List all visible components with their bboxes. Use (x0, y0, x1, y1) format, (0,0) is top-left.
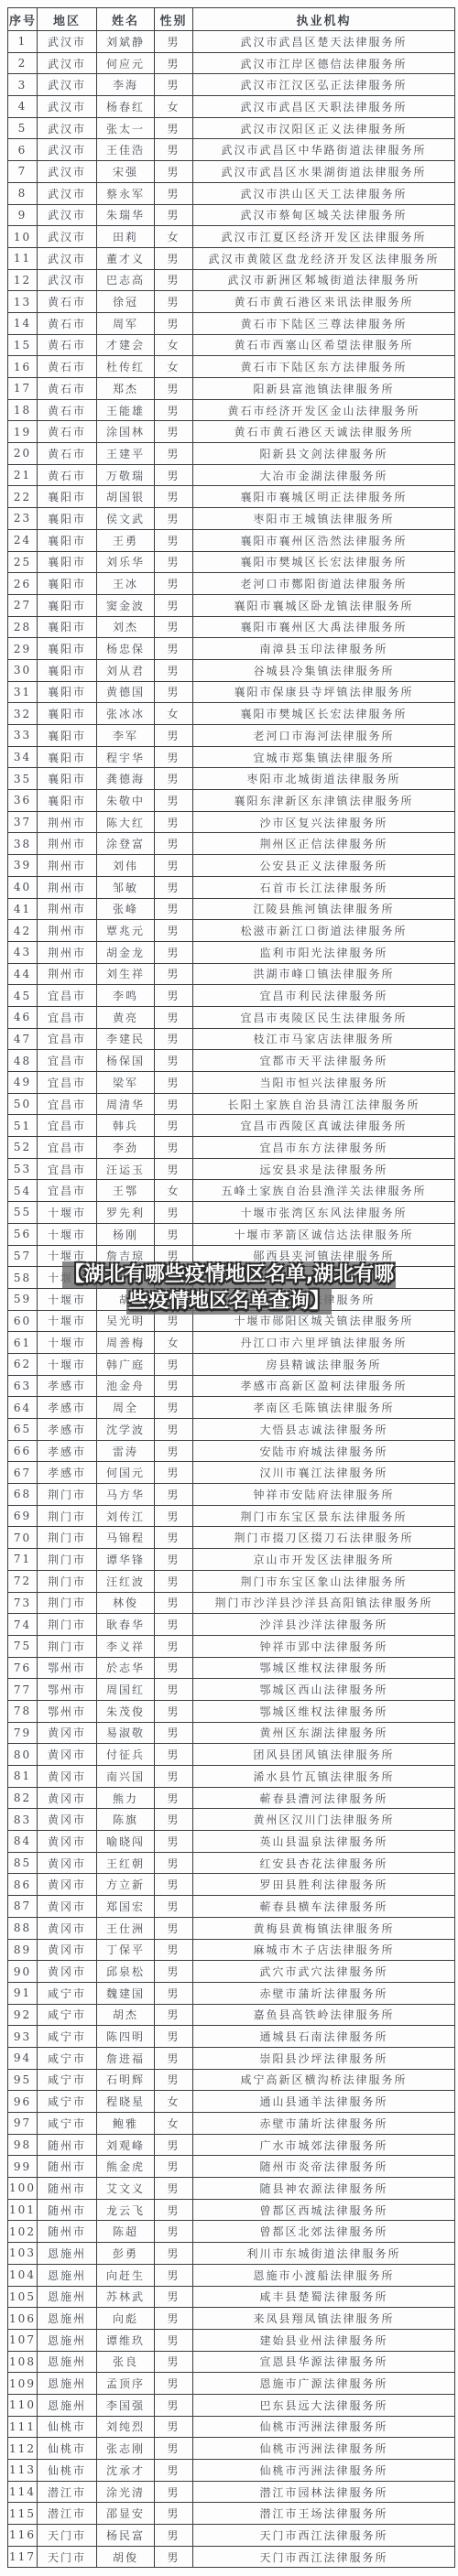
cell-serial-number: 43 (8, 941, 38, 963)
cell-region: 宜昌市 (38, 1137, 97, 1159)
table-row: 13 黄石市 徐冠 男 黄石市黄石港区来讯法律服务所 (8, 291, 455, 313)
table-row: 102 随州市 陈超 男 曾都区北郊法律服务所 (8, 2221, 455, 2243)
cell-organization: 沙市区复兴法律服务所 (193, 811, 455, 833)
cell-serial-number: 18 (8, 399, 38, 421)
screenshot-page: 序号 地区 姓名 性别 执业机构 1 武汉市 刘斌静 男 武汉市武昌区楚天法律服… (0, 0, 458, 2576)
cell-organization: 黄石市经济开发区金山法律服务所 (193, 399, 455, 421)
cell-name: 胡金龙 (97, 941, 155, 963)
cell-region: 襄阳市 (38, 725, 97, 747)
table-row: 81 黄冈市 南兴国 男 浠水县竹瓦镇法律服务所 (8, 1766, 455, 1788)
cell-region: 黄石市 (38, 421, 97, 443)
cell-region: 恩施州 (38, 2394, 97, 2416)
cell-name: 张冰冰 (97, 703, 155, 725)
cell-organization: 武穴市武穴法律服务所 (193, 1961, 455, 1983)
cell-region: 黄冈市 (38, 1874, 97, 1896)
cell-gender (155, 1267, 193, 1289)
cell-name: 沈学波 (97, 1419, 155, 1441)
cell-name: 蔡永军 (97, 182, 155, 204)
cell-serial-number: 6 (8, 139, 38, 161)
cell-organization: 荆州区正信法律服务所 (193, 833, 455, 855)
table-row: 47 宜昌市 李建民 男 枝江市马家店法律服务所 (8, 1028, 455, 1050)
cell-serial-number: 68 (8, 1484, 38, 1506)
cell-name: 南兴国 (97, 1766, 155, 1788)
cell-serial-number: 85 (8, 1852, 38, 1874)
cell-name: 向赶生 (97, 2264, 155, 2286)
table-row: 97 咸宁市 鲍雅 女 赤壁市蒲圻法律服务所 (8, 2113, 455, 2135)
cell-region: 荆门市 (38, 1505, 97, 1527)
cell-region: 恩施州 (38, 2264, 97, 2286)
cell-name: 胡国银 (97, 486, 155, 508)
cell-name: 杨忠保 (97, 638, 155, 660)
cell-name: 陈四明 (97, 2026, 155, 2048)
cell-gender: 男 (155, 768, 193, 790)
table-row: 110 恩施州 李国强 男 巴东县远大法律服务所 (8, 2394, 455, 2416)
cell-region: 宜昌市 (38, 985, 97, 1007)
cell-name: 李海 (97, 74, 155, 96)
cell-name: 陈旗 (97, 1809, 155, 1831)
table-header: 序号 地区 姓名 性别 执业机构 (8, 8, 455, 31)
cell-organization: 黄州区汉川门法律服务所 (193, 1809, 455, 1831)
cell-organization: 监利市阳光法律服务所 (193, 941, 455, 963)
cell-region: 荆州市 (38, 833, 97, 855)
table-row: 19 黄石市 涂国林 男 黄石市黄石港区天诚法律服务所 (8, 421, 455, 443)
cell-gender: 男 (155, 291, 193, 313)
cell-region: 随州市 (38, 2178, 97, 2200)
cell-region: 随州市 (38, 2156, 97, 2178)
cell-organization: 开发区法律服务所 (193, 1288, 455, 1310)
table-row: 31 襄阳市 黄德国 男 襄阳市保康县寺坪镇法律服务所 (8, 681, 455, 703)
cell-gender: 男 (155, 1223, 193, 1245)
cell-serial-number: 62 (8, 1353, 38, 1375)
cell-serial-number: 5 (8, 117, 38, 139)
table-row: 88 黄冈市 王仕洲 男 黄梅县黄梅镇法律服务所 (8, 1917, 455, 1939)
cell-serial-number: 39 (8, 855, 38, 877)
cell-gender: 男 (155, 2004, 193, 2026)
table-row: 106 恩施州 向彪 男 来凤县翔凤镇法律服务所 (8, 2308, 455, 2330)
cell-organization: 洪湖市峰口镇法律服务所 (193, 963, 455, 985)
cell-region: 荆门市 (38, 1635, 97, 1657)
cell-name: 刘乐华 (97, 551, 155, 573)
cell-serial-number: 44 (8, 963, 38, 985)
cell-gender: 男 (155, 1202, 193, 1224)
cell-gender: 男 (155, 876, 193, 898)
cell-gender: 男 (155, 746, 193, 768)
cell-region: 黄冈市 (38, 1744, 97, 1766)
cell-organization: 广水市城郊法律服务所 (193, 2134, 455, 2156)
cell-name: 苏林武 (97, 2286, 155, 2308)
cell-organization: 钟祥市郢中法律服务所 (193, 1635, 455, 1657)
cell-region: 武汉市 (38, 74, 97, 96)
cell-organization: 天门市西江法律服务所 (193, 2525, 455, 2547)
cell-serial-number: 102 (8, 2221, 38, 2243)
table-row: 78 鄂州市 朱茂俊 男 鄂城区维权法律服务所 (8, 1700, 455, 1722)
table-row: 63 孝感市 池金舟 男 孝感市高新区盈柯法律服务所 (8, 1375, 455, 1397)
table-row: 16 黄石市 杜传红 女 黄石市下陆区东方法律服务所 (8, 356, 455, 378)
cell-serial-number: 15 (8, 334, 38, 356)
cell-gender: 男 (155, 312, 193, 334)
cell-region: 襄阳市 (38, 486, 97, 508)
cell-gender: 男 (155, 421, 193, 443)
table-row: 104 恩施州 向赶生 男 恩施市小渡船法律服务所 (8, 2264, 455, 2286)
cell-organization: 宜昌市夷陵区民生法律服务所 (193, 1006, 455, 1028)
cell-region: 潜江市 (38, 2481, 97, 2503)
cell-region: 天门市 (38, 2525, 97, 2547)
cell-region: 黄冈市 (38, 1939, 97, 1961)
table-row: 52 宜昌市 李劲 男 宜昌市东方法律服务所 (8, 1137, 455, 1159)
cell-name: 朱瑞华 (97, 204, 155, 226)
cell-gender: 男 (155, 1375, 193, 1397)
cell-name: 刘生祥 (97, 963, 155, 985)
cell-region: 恩施州 (38, 2286, 97, 2308)
cell-gender: 男 (155, 2264, 193, 2286)
cell-gender: 男 (155, 638, 193, 660)
cell-name: 向彪 (97, 2308, 155, 2330)
table-row: 20 黄石市 王建平 男 阳新县文剑法律服务所 (8, 443, 455, 465)
cell-name: 王冰 (97, 573, 155, 595)
cell-organization: 武汉市江汉区弘正法律服务所 (193, 74, 455, 96)
cell-organization: 崇阳县沙坪法律服务所 (193, 2047, 455, 2069)
cell-name: 李鸣 (97, 985, 155, 1007)
cell-gender: 男 (155, 508, 193, 530)
cell-region: 十堰市 (38, 1332, 97, 1354)
cell-gender: 男 (155, 1115, 193, 1137)
cell-organization: 鄂城区西山法律服务所 (193, 1679, 455, 1701)
table-row: 41 荆州市 张峰 男 江陵县熊河镇法律服务所 (8, 898, 455, 920)
cell-serial-number: 29 (8, 638, 38, 660)
table-row: 76 鄂州市 於志华 男 鄂城区维权法律服务所 (8, 1657, 455, 1679)
cell-organization: 钟祥市安陆府法律服务所 (193, 1484, 455, 1506)
cell-region: 随州市 (38, 2134, 97, 2156)
cell-region: 宜昌市 (38, 1028, 97, 1050)
table-row: 59 十堰市 胡 开发区法律服务所 (8, 1288, 455, 1310)
cell-serial-number: 78 (8, 1700, 38, 1722)
cell-gender: 男 (155, 920, 193, 942)
table-row: 60 十堰市 吴光明 男 十堰市郧阳区城关镇法律服务所 (8, 1310, 455, 1332)
cell-name: 杨保国 (97, 1050, 155, 1072)
cell-serial-number: 79 (8, 1722, 38, 1744)
cell-organization: 武汉市蔡甸区城关法律服务所 (193, 204, 455, 226)
cell-gender: 男 (155, 963, 193, 985)
cell-serial-number: 115 (8, 2503, 38, 2525)
cell-region: 恩施州 (38, 2329, 97, 2351)
cell-name: 杨刚 (97, 1223, 155, 1245)
cell-gender: 男 (155, 1744, 193, 1766)
table-row: 82 黄冈市 熊力 男 蕲春县漕河法律服务所 (8, 1787, 455, 1809)
cell-serial-number: 111 (8, 2416, 38, 2438)
cell-name: 艾文义 (97, 2178, 155, 2200)
cell-region: 荆州市 (38, 855, 97, 877)
table-row: 109 恩施州 孟顶序 男 恩施市广源法律服务所 (8, 2373, 455, 2395)
cell-serial-number: 61 (8, 1332, 38, 1354)
table-row: 37 荆州市 陈大红 男 沙市区复兴法律服务所 (8, 811, 455, 833)
cell-name: 林俊 (97, 1592, 155, 1614)
cell-name: 董才义 (97, 247, 155, 269)
cell-gender: 男 (155, 161, 193, 183)
table-row: 103 恩施州 彭勇 男 利川市东城街道法律服务所 (8, 2243, 455, 2265)
table-row: 84 黄冈市 喻晓闯 男 英山县温泉法律服务所 (8, 1831, 455, 1853)
cell-serial-number: 58 (8, 1267, 38, 1289)
cell-gender: 男 (155, 811, 193, 833)
cell-name (97, 1267, 155, 1289)
cell-serial-number: 87 (8, 1896, 38, 1918)
cell-gender: 男 (155, 2156, 193, 2178)
table-row: 62 十堰市 韩广庭 男 房县精诚法律服务所 (8, 1353, 455, 1375)
cell-name: 王仕洲 (97, 1917, 155, 1939)
cell-organization: 鄂城区维权法律服务所 (193, 1700, 455, 1722)
cell-name: 程晓星 (97, 2091, 155, 2113)
cell-organization: 阳新县富池镇法律服务所 (193, 378, 455, 400)
table-row: 107 恩施州 谭维玖 男 建始县业州法律服务所 (8, 2329, 455, 2351)
cell-serial-number: 8 (8, 182, 38, 204)
cell-organization: 黄州区东湖法律服务所 (193, 1722, 455, 1744)
table-row: 113 仙桃市 沈承才 男 仙桃市沔洲法律服务所 (8, 2460, 455, 2482)
table-row: 10 武汉市 田莉 女 武汉市江夏区经济开发区法律服务所 (8, 226, 455, 248)
cell-serial-number: 75 (8, 1635, 38, 1657)
table-row: 100 随州市 艾文义 男 随县神农源法律服务所 (8, 2178, 455, 2200)
cell-serial-number: 82 (8, 1787, 38, 1809)
table-row: 74 荆门市 耿春华 男 沙洋县沙洋法律服务所 (8, 1614, 455, 1636)
cell-serial-number: 83 (8, 1809, 38, 1831)
cell-region: 襄阳市 (38, 616, 97, 638)
cell-region: 孝感市 (38, 1397, 97, 1419)
cell-region: 武汉市 (38, 182, 97, 204)
cell-serial-number: 91 (8, 1982, 38, 2004)
table-row: 22 襄阳市 胡国银 男 襄阳市襄城区明正法律服务所 (8, 486, 455, 508)
cell-gender: 男 (155, 1158, 193, 1180)
cell-name: 杨民富 (97, 2525, 155, 2547)
cell-region: 恩施州 (38, 2243, 97, 2265)
header-cell-region: 地区 (38, 8, 97, 31)
cell-serial-number: 105 (8, 2286, 38, 2308)
cell-gender: 男 (155, 594, 193, 616)
cell-serial-number: 37 (8, 811, 38, 833)
cell-gender: 男 (155, 1050, 193, 1072)
cell-organization: 五峰土家族自治县渔洋关法律服务所 (193, 1180, 455, 1202)
table-row: 8 武汉市 蔡永军 男 武汉市洪山区天工法律服务所 (8, 182, 455, 204)
lawyer-roster-table: 序号 地区 姓名 性别 执业机构 1 武汉市 刘斌静 男 武汉市武昌区楚天法律服… (7, 7, 455, 2568)
cell-serial-number: 70 (8, 1527, 38, 1549)
cell-organization: 大冶市金湖法律服务所 (193, 464, 455, 486)
cell-name: 何国元 (97, 1462, 155, 1484)
table-row: 66 孝感市 雷涛 男 安陆市府城法律服务所 (8, 1440, 455, 1462)
cell-name: 詹吉琼 (97, 1245, 155, 1267)
cell-organization: 来凤县翔凤镇法律服务所 (193, 2308, 455, 2330)
cell-name: 王能雄 (97, 399, 155, 421)
table-row: 35 襄阳市 龚德海 男 枣阳市北城街道法律服务所 (8, 768, 455, 790)
cell-organization: 潜江市园林法律服务所 (193, 2481, 455, 2503)
cell-organization: 潜江市王场法律服务所 (193, 2503, 455, 2525)
cell-serial-number: 84 (8, 1831, 38, 1853)
cell-organization: 老河口市酂阳街道法律服务所 (193, 573, 455, 595)
cell-serial-number: 35 (8, 768, 38, 790)
cell-name: 覃兆元 (97, 920, 155, 942)
cell-region: 十堰市 (38, 1245, 97, 1267)
cell-serial-number: 13 (8, 291, 38, 313)
header-cell-no: 序号 (8, 8, 38, 31)
cell-gender: 男 (155, 1137, 193, 1159)
cell-serial-number: 86 (8, 1874, 38, 1896)
cell-name: 刘杰 (97, 616, 155, 638)
cell-gender: 男 (155, 2481, 193, 2503)
cell-organization: 襄阳市襄城区明正法律服务所 (193, 486, 455, 508)
cell-region: 黄冈市 (38, 1722, 97, 1744)
cell-region: 宜昌市 (38, 1006, 97, 1028)
table-row: 83 黄冈市 陈旗 男 黄州区汉川门法律服务所 (8, 1809, 455, 1831)
cell-organization: 石首市长江法律服务所 (193, 876, 455, 898)
cell-serial-number: 49 (8, 1072, 38, 1094)
cell-region: 武汉市 (38, 117, 97, 139)
cell-name: 涂登富 (97, 833, 155, 855)
cell-organization: 仙桃市沔洲法律服务所 (193, 2416, 455, 2438)
cell-organization: 嘉鱼县高铁岭法律服务所 (193, 2004, 455, 2026)
cell-organization: 枝江市马家店法律服务所 (193, 1028, 455, 1050)
table-row: 55 十堰市 罗先利 男 十堰市张湾区东风法律服务所 (8, 1202, 455, 1224)
table-row: 7 武汉市 宋强 男 武汉市武昌区水果湖街道法律服务所 (8, 161, 455, 183)
cell-name: 郑杰 (97, 378, 155, 400)
cell-region: 襄阳市 (38, 529, 97, 551)
cell-gender: 男 (155, 1635, 193, 1657)
cell-serial-number: 57 (8, 1245, 38, 1267)
cell-organization: 丹江口市六里坪镇法律服务所 (193, 1332, 455, 1354)
cell-serial-number: 90 (8, 1961, 38, 1983)
cell-region: 武汉市 (38, 139, 97, 161)
cell-serial-number: 112 (8, 2438, 38, 2460)
table-row: 79 黄冈市 易淑敬 男 黄州区东湖法律服务所 (8, 1722, 455, 1744)
table-row: 101 随州市 龙云飞 男 曾都区西城法律服务所 (8, 2199, 455, 2221)
cell-gender: 男 (155, 1245, 193, 1267)
cell-serial-number: 34 (8, 746, 38, 768)
cell-name: 窦金波 (97, 594, 155, 616)
table-row: 44 荆州市 刘生祥 男 洪湖市峰口镇法律服务所 (8, 963, 455, 985)
cell-gender: 男 (155, 985, 193, 1007)
cell-region: 黄冈市 (38, 1787, 97, 1809)
cell-name: 邵显安 (97, 2503, 155, 2525)
table-row: 87 黄冈市 郑国宏 男 蕲春县横车法律服务所 (8, 1896, 455, 1918)
table-row: 92 咸宁市 胡杰 男 嘉鱼县高铁岭法律服务所 (8, 2004, 455, 2026)
cell-gender: 男 (155, 1419, 193, 1441)
cell-organization: 武汉市新洲区邾城街道法律服务所 (193, 269, 455, 291)
table-row: 105 恩施州 苏林武 男 咸丰县楚蜀法律服务所 (8, 2286, 455, 2308)
table-row: 24 襄阳市 王勇 男 襄阳市襄州区浩然法律服务所 (8, 529, 455, 551)
cell-organization: 襄阳东津新区东津镇法律服务所 (193, 790, 455, 812)
cell-region: 武汉市 (38, 31, 97, 53)
cell-region: 黄石市 (38, 378, 97, 400)
cell-region: 十堰市 (38, 1310, 97, 1332)
cell-organization: 十堰市郧阳区城关镇法律服务所 (193, 1310, 455, 1332)
cell-name: 才建会 (97, 334, 155, 356)
cell-organization: 宜昌市利民法律服务所 (193, 985, 455, 1007)
cell-gender: 男 (155, 1874, 193, 1896)
cell-name: 韩广庭 (97, 1353, 155, 1375)
cell-region: 襄阳市 (38, 703, 97, 725)
cell-organization: 宜昌市东方法律服务所 (193, 1137, 455, 1159)
cell-serial-number: 23 (8, 508, 38, 530)
cell-region: 宜昌市 (38, 1050, 97, 1072)
cell-region: 鄂州市 (38, 1679, 97, 1701)
cell-organization: 武汉市武昌区水果湖街道法律服务所 (193, 161, 455, 183)
table-row: 28 襄阳市 刘杰 男 襄阳市襄州区大禹法律服务所 (8, 616, 455, 638)
cell-name: 谭维玖 (97, 2329, 155, 2351)
cell-serial-number: 65 (8, 1419, 38, 1441)
cell-gender: 男 (155, 1982, 193, 2004)
cell-gender: 男 (155, 2134, 193, 2156)
cell-organization: 武汉市武昌区天职法律服务所 (193, 96, 455, 118)
cell-serial-number: 33 (8, 725, 38, 747)
cell-organization: 红安县杏花法律服务所 (193, 1852, 455, 1874)
cell-region: 黄冈市 (38, 1917, 97, 1939)
table-row: 114 潜江市 涂光清 男 潜江市园林法律服务所 (8, 2481, 455, 2503)
cell-serial-number: 42 (8, 920, 38, 942)
cell-name: 李军 (97, 725, 155, 747)
table-row: 26 襄阳市 王冰 男 老河口市酂阳街道法律服务所 (8, 573, 455, 595)
cell-serial-number: 40 (8, 876, 38, 898)
cell-serial-number: 96 (8, 2091, 38, 2113)
cell-gender: 男 (155, 269, 193, 291)
cell-serial-number: 32 (8, 703, 38, 725)
cell-name: 谭华锋 (97, 1549, 155, 1571)
table-row: 27 襄阳市 窦金波 男 襄阳市襄城区卧龙镇法律服务所 (8, 594, 455, 616)
table-row: 91 咸宁市 魏建国 男 赤壁市蒲圻法律服务所 (8, 1982, 455, 2004)
cell-serial-number: 38 (8, 833, 38, 855)
cell-name: 朱茂俊 (97, 1700, 155, 1722)
cell-gender: 男 (155, 2308, 193, 2330)
cell-serial-number: 11 (8, 247, 38, 269)
cell-organization: 襄阳市襄城区卧龙镇法律服务所 (193, 594, 455, 616)
cell-name: 杜传红 (97, 356, 155, 378)
cell-region: 荆州市 (38, 920, 97, 942)
cell-organization: 咸丰县楚蜀法律服务所 (193, 2286, 455, 2308)
cell-organization: 黄石市下陆区三尊法律服务所 (193, 312, 455, 334)
cell-region: 恩施州 (38, 2308, 97, 2330)
cell-gender: 男 (155, 1852, 193, 1874)
cell-region: 黄石市 (38, 356, 97, 378)
cell-serial-number: 17 (8, 378, 38, 400)
table-row: 54 宜昌市 王鄂 女 五峰土家族自治县渔洋关法律服务所 (8, 1180, 455, 1202)
cell-region: 孝感市 (38, 1440, 97, 1462)
cell-serial-number: 100 (8, 2178, 38, 2200)
cell-gender: 男 (155, 1028, 193, 1050)
cell-serial-number: 14 (8, 312, 38, 334)
cell-region: 潜江市 (38, 2503, 97, 2525)
cell-organization: 宜城市郑集镇法律服务所 (193, 746, 455, 768)
cell-gender: 男 (155, 1505, 193, 1527)
cell-name: 周全 (97, 1397, 155, 1419)
table-row: 112 仙桃市 张志刚 男 仙桃市沔洲法律服务所 (8, 2438, 455, 2460)
cell-region: 武汉市 (38, 269, 97, 291)
cell-gender: 女 (155, 356, 193, 378)
cell-region: 荆门市 (38, 1484, 97, 1506)
cell-organization: 黄石市西塞山区希望法律服务所 (193, 334, 455, 356)
cell-region: 咸宁市 (38, 2047, 97, 2069)
cell-organization: 咸宁高新区横沟桥法律服务所 (193, 2069, 455, 2091)
cell-gender: 男 (155, 378, 193, 400)
cell-name: 杨春红 (97, 96, 155, 118)
cell-serial-number: 24 (8, 529, 38, 551)
cell-organization: 天门市西江法律服务所 (193, 2546, 455, 2568)
table-row: 38 荆州市 涂登富 男 荆州区正信法律服务所 (8, 833, 455, 855)
cell-region: 宜昌市 (38, 1093, 97, 1115)
cell-gender: 男 (155, 1766, 193, 1788)
table-row: 111 仙桃市 刘纯烈 男 仙桃市沔洲法律服务所 (8, 2416, 455, 2438)
cell-organization: 武汉市武昌区中华路街道法律服务所 (193, 139, 455, 161)
cell-region: 孝感市 (38, 1375, 97, 1397)
cell-name: 龚德海 (97, 768, 155, 790)
cell-region: 襄阳市 (38, 790, 97, 812)
cell-region: 襄阳市 (38, 573, 97, 595)
cell-organization: 松滋市新江口街道法律服务所 (193, 920, 455, 942)
cell-region: 仙桃市 (38, 2460, 97, 2482)
cell-name: 胡 (97, 1288, 155, 1310)
